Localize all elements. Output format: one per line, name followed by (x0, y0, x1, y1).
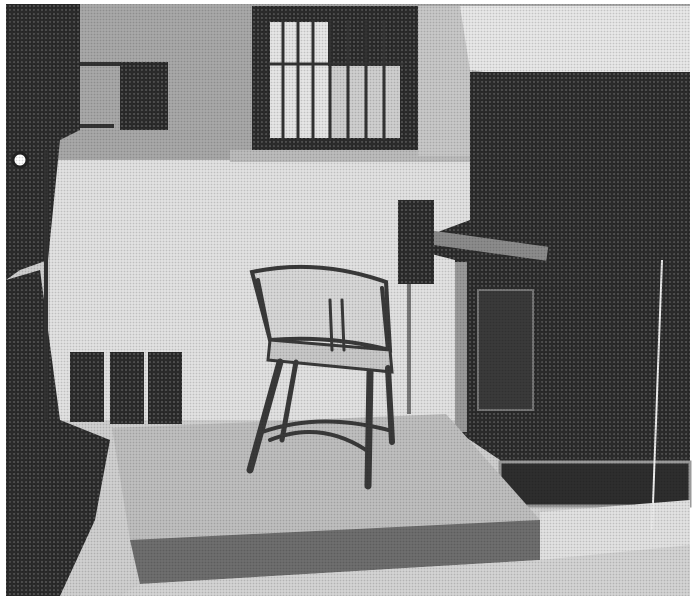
halftone-photograph (0, 0, 694, 600)
scene (0, 0, 694, 600)
